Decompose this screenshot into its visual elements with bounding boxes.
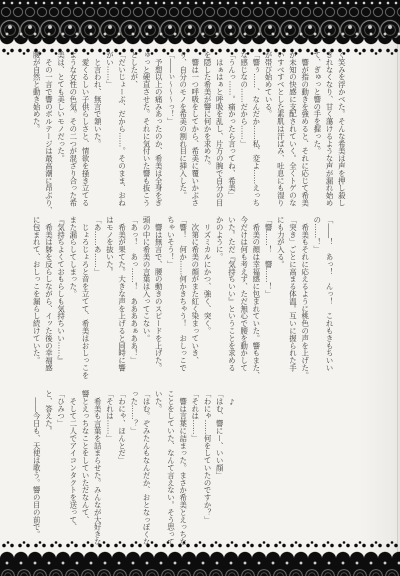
text-line: 「はむ。ぞみたんもなんだか、おとなっぽくな (140, 390, 152, 550)
text-line: 「あ……あ……」 (91, 216, 103, 381)
lace-border-bottom (0, 540, 400, 576)
text-line: きれなくなり、甘く蕩けるような声が漏れ始め (323, 51, 335, 208)
text-line: じょろじょろと音を立てて、希美はおしっこを (79, 216, 91, 381)
text-line: った……？」 (128, 390, 140, 550)
text-line: ゅっと硬直させた。それに気付いた響も抜こう (140, 51, 152, 208)
text-line: 今だけは何も考えず、ただ無心で腰を動かして (237, 216, 249, 381)
text-line: 「あっ！ あっ……！ ああああぁああ！」 (128, 216, 140, 381)
text-line: 「それは……」 (103, 390, 115, 550)
lace-scallop-edge (0, 38, 400, 47)
text-line: な感じなの……だから……」 (237, 51, 249, 208)
lace-scallop-edge (0, 549, 400, 558)
text-line: 次第に希美の顔がまた紅く染まっていき、 (189, 216, 201, 381)
text-line: の……！」 (311, 216, 323, 381)
text-tier-middle: 「――！ あっ！ んっ！ これもきもちいいの……！」 希美もそれに応えるように桃… (30, 216, 335, 381)
text-line: と、答えた。 (42, 390, 54, 550)
text-line: 希美の顔は幸福感に包まれていた。響もまた、 (250, 216, 262, 381)
text-line: 響は一つ呼吸をしてから、希美に覆いかぶさ (189, 51, 201, 208)
lace-band-pattern (0, 0, 400, 38)
text-line: 希美も言葉を詰まらせた。みんなが大好きな (91, 390, 103, 550)
text-line: はぁはぁと呼吸を乱し、片方の腕で自分の目 (213, 51, 225, 208)
text-line: 「わにゃ、ほんとだ」 (115, 390, 127, 550)
text-line: その一言で響のボルテージは最高潮に昂ぶり、 (42, 51, 54, 208)
text-line: ちゃいそう！」 (164, 216, 176, 381)
text-line: としたが、 (128, 51, 140, 208)
lace-border-top (0, 0, 400, 56)
text-line: て、ぎゅっと響の手を握った。 (311, 51, 323, 208)
text-line: が帯び始めている。 (262, 51, 274, 208)
text-line: 「突き」ごとに高まる体温。互いに握られた手 (286, 216, 298, 381)
text-line: 「響！ 何か……何かきちゃう！ おしっこで (176, 216, 188, 381)
text-line: 「響ぅ……、なんだか……私、変よ……えっち (250, 51, 262, 208)
text-line: 「――ぃ〜〜〜っ！」 (164, 51, 176, 208)
text-line: 希美は躰を反らしながら、イッた後の幸福感 (42, 216, 54, 381)
text-line: り、自分のモノを希美の割れ目に挿入した。 (176, 51, 188, 208)
text-line: また漏らしてしまった。 (67, 216, 79, 381)
text-line: 「わにゃ……何をしていたのですか？」 (201, 390, 213, 550)
text-line: く笑みを浮かべた。そんな希美は声を押し殺し (335, 51, 347, 208)
text-tier-bottom: ♪「はむ、響にー、いい顔」「わにゃ……何をしていたのですか？」「それは……」 響… (30, 390, 237, 550)
text-line: 響は無言で、腰の動きのスピードを上げた。 (152, 216, 164, 381)
text-line: リズミカルにかつ、強く、突く。 (201, 216, 213, 381)
text-line: いた。 (152, 390, 164, 550)
text-line: がい……」 (103, 51, 115, 208)
text-line: かのように。 (213, 216, 225, 381)
text-line: ような女性の色気。その二つが混ざり合った希 (67, 51, 79, 208)
text-line: が未知の快感に支配されていく。全くトゲのな (286, 51, 298, 208)
book-page: く笑みを浮かべた。そんな希美は声を押し殺しきれなくなり、甘く蕩けるような声が漏れ… (0, 0, 400, 576)
text-line: はモノを抜いた。 (103, 216, 115, 381)
text-line: 「それは……」 (189, 390, 201, 550)
text-line: 「うんっ……。痛かったら言ってね、希美」 (225, 51, 237, 208)
text-line: 愛くるしい子供らしさと、情欲を掻き立てる (79, 51, 91, 208)
text-line: 響とえっちなことをしていただなんて、 (79, 390, 91, 550)
text-line: ――今日も、天使は歌う。響の目の前で。 (30, 390, 42, 550)
text-line: 「響……！ 響……！」 (262, 216, 274, 381)
text-line: 予想以上の痛みあったのか、希美は全身をぎ (152, 51, 164, 208)
text-line: 「ひみつ」 (54, 390, 66, 550)
text-line: 響は言葉に詰まった。まさか希美とえっちな (176, 390, 188, 550)
text-line: 響が指の動きを強めると、それに応じて希美 (298, 51, 310, 208)
text-line: 美は、とても美しいモノだった。 (54, 51, 66, 208)
text-line: に包まれて、おしっこを漏らし続けていた。 (30, 216, 42, 381)
text-line: 「だいじょーぶ、だから……。そのまま、おね (115, 51, 127, 208)
text-line: ♪ (225, 390, 237, 550)
text-tier-top: く笑みを浮かべた。そんな希美は声を押し殺しきれなくなり、甘く蕩けるような声が漏れ… (30, 51, 347, 208)
text-line: 「はむ、響にー、いい顔」 (213, 390, 225, 550)
text-line: いすべすべとした素肌は汗ばみ、吐息にも湿り (274, 51, 286, 208)
text-line: 頭の中に希美の言葉は入ってこない。 (140, 216, 152, 381)
text-line: を隠した希美が響に何かを求めた。 (201, 51, 213, 208)
text-line: 希美もそれに応えるように桃色の声を上げた。 (298, 216, 310, 381)
text-line: 腰が自然と動き始めた。 (30, 51, 42, 208)
lace-band-pattern (0, 558, 400, 576)
page-text-area: く笑みを浮かべた。そんな希美は声を押し殺しきれなくなり、甘く蕩けるような声が漏れ… (30, 51, 346, 550)
text-line: いた。ただ『気持ちいい』ということを求める (225, 216, 237, 381)
text-line: 「――！ あっ！ んっ！ これもきもちいい (323, 216, 335, 381)
text-line: 希美が果てた。大きな声を上げると同時に響 (115, 216, 127, 381)
text-line: そして二人でアイコンタクトを送って、 (67, 390, 79, 550)
text-line: 『気持ちよくておもらしも気持ちいい……』 (54, 216, 66, 381)
text-line: にも力が入る。 (274, 216, 286, 381)
text-line: と言われ、無言で頷いた。 (91, 51, 103, 208)
text-line: ことをしていた、なんて言えない。そう思って (164, 390, 176, 550)
lace-fringe-dots (0, 540, 400, 548)
